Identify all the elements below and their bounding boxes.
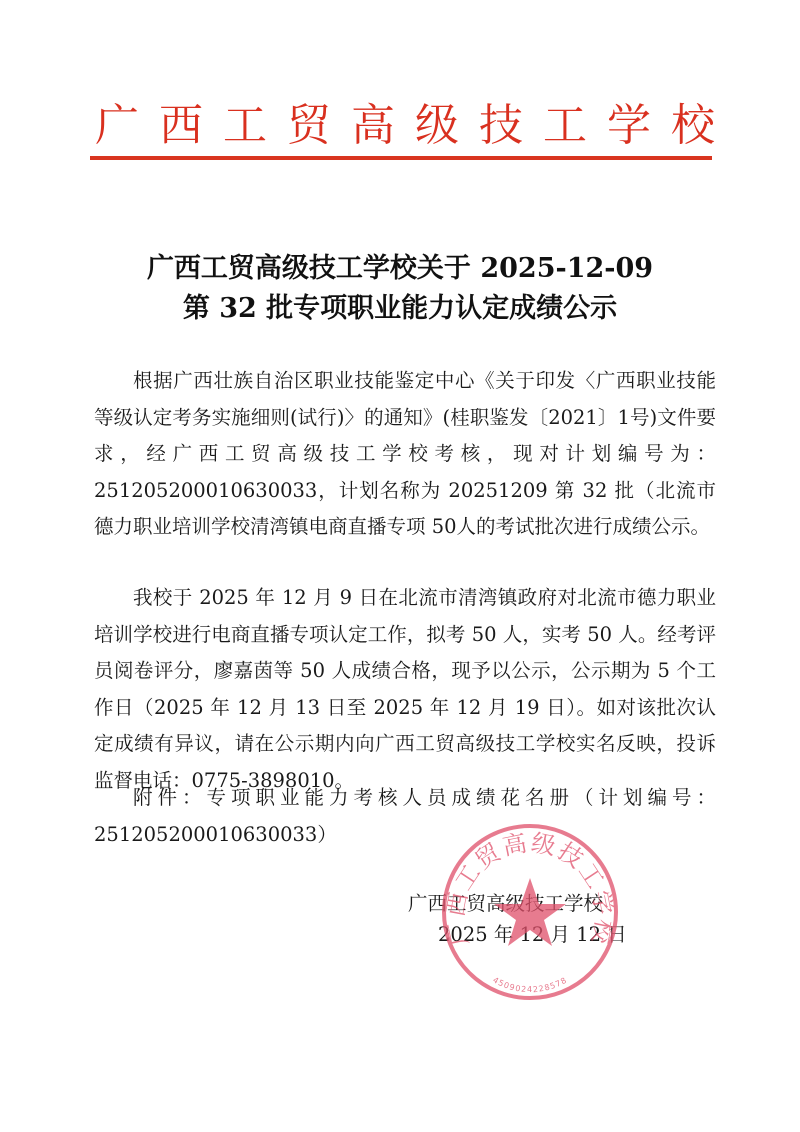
- document-page: 广 西 工 贸 高 级 技 工 学 校 广西工贸高级技工学校关于 2025-12…: [0, 0, 800, 1132]
- signature-date: 2025 年 12 月 12 日: [438, 920, 688, 950]
- letterhead-char: 广: [95, 100, 139, 152]
- letterhead-char: 工: [543, 100, 587, 152]
- letterhead-char: 工: [223, 100, 267, 152]
- letterhead-divider: [90, 156, 712, 160]
- notice-title-line1: 广西工贸高级技工学校关于 2025-12-09: [0, 246, 800, 285]
- letterhead-char: 学: [607, 100, 651, 152]
- letterhead-char: 级: [415, 100, 459, 152]
- notice-title-line2: 第 32 批专项职业能力认定成绩公示: [0, 286, 800, 325]
- seal-number: 4509024228578: [491, 975, 569, 994]
- body-paragraph-2: 我校于 2025 年 12 月 9 日在北流市清湾镇政府对北流市德力职业培训学校…: [94, 580, 716, 799]
- letterhead-char: 高: [351, 100, 395, 152]
- letterhead-char: 技: [479, 100, 523, 152]
- letterhead-char: 贸: [287, 100, 331, 152]
- signature-organization: 广西工贸高级技工学校: [408, 889, 658, 919]
- letterhead-char: 西: [159, 100, 203, 152]
- attachment-note: 附件：专项职业能力考核人员成绩花名册（计划编号：2512052000106300…: [94, 780, 716, 853]
- letterhead-title: 广 西 工 贸 高 级 技 工 学 校: [95, 100, 715, 152]
- body-paragraph-1: 根据广西壮族自治区职业技能鉴定中心《关于印发〈广西职业技能等级认定考务实施细则(…: [94, 363, 716, 546]
- svg-text:4509024228578: 4509024228578: [491, 975, 569, 994]
- letterhead-char: 校: [671, 100, 715, 152]
